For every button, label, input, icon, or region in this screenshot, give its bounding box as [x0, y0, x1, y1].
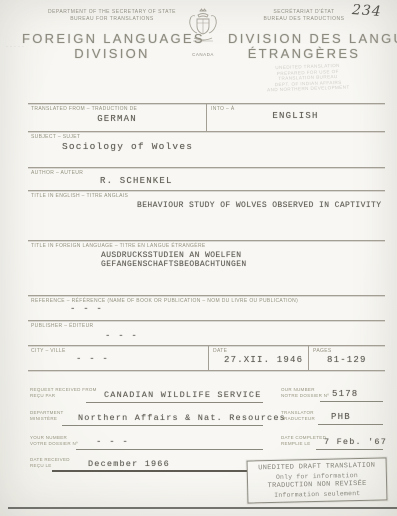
fill-line — [76, 449, 263, 450]
table-rule — [28, 240, 385, 241]
label-line: VOTRE DOSSIER Nº — [30, 441, 78, 447]
fill-line — [86, 402, 263, 403]
label-line: TRANSLATOR — [281, 410, 315, 416]
label-line: REÇU LE — [30, 463, 70, 469]
scan-smudge: ····· — [6, 44, 26, 50]
field-value-date-received: December 1966 — [88, 459, 170, 469]
field-label-title-foreign: TITLE IN FOREIGN LANGUAGE – TITRE EN LAN… — [31, 243, 206, 249]
label-your-number: YOUR NUMBER VOTRE DOSSIER Nº — [30, 435, 78, 446]
field-value-title-foreign-line1: AUSDRUCKSSTUDIEN AN WOELFEN — [101, 251, 241, 260]
label-date-completed: DATE COMPLETED REMPLIE LE — [281, 435, 326, 446]
label-line: REMPLIE LE — [281, 441, 326, 447]
handwritten-page-number: 234 — [351, 2, 382, 20]
label-line: NOTRE DOSSIER Nº — [281, 393, 329, 399]
division-title-fr-line2: ÉTRANGÈRES — [228, 46, 380, 61]
fill-line — [318, 424, 383, 425]
field-value-translated-from: GERMAN — [31, 114, 203, 124]
field-value-pages: 81-129 — [327, 355, 367, 365]
field-value-author: R. SCHENKEL — [100, 176, 173, 186]
table-rule — [28, 167, 385, 168]
canada-coat-of-arms-icon — [183, 7, 223, 47]
field-label-publisher: PUBLISHER – ÉDITEUR — [31, 323, 94, 329]
field-value-department: Northern Affairs & Nat. Resources — [78, 413, 286, 423]
field-value-our-number: 5178 — [332, 389, 358, 399]
division-title-en-line2: DIVISION — [22, 46, 202, 61]
field-label-subject: SUBJECT – SUJET — [31, 134, 80, 140]
header-left: DEPARTMENT OF THE SECRETARY OF STATE BUR… — [22, 9, 202, 61]
label-request-received-from: REQUEST RECEIVED FROM REÇU PAR — [30, 387, 97, 398]
header-emblem: CANADA — [180, 7, 226, 59]
field-label-city: CITY – VILLE — [31, 348, 66, 354]
field-value-into: ENGLISH — [208, 111, 383, 121]
table-rule — [28, 345, 385, 346]
field-value-subject: Sociology of Wolves — [62, 141, 193, 152]
label-our-number: OUR NUMBER NOTRE DOSSIER Nº — [281, 387, 329, 398]
table-rule — [308, 345, 309, 370]
label-line: MINISTÈRE — [30, 416, 64, 422]
label-line: REQUEST RECEIVED FROM — [30, 387, 97, 393]
field-label-date: DATE — [213, 348, 227, 354]
label-line: TRADUCTEUR — [281, 416, 315, 422]
table-rule — [28, 370, 385, 371]
field-value-translator: PHB — [331, 412, 351, 422]
label-line: REÇU PAR — [30, 393, 97, 399]
table-rule — [206, 103, 207, 131]
agency-name-en-line1: DEPARTMENT OF THE SECRETARY OF STATE — [22, 9, 202, 16]
fill-line — [62, 425, 263, 426]
fill-line — [320, 401, 383, 402]
label-line: DATE RECEIVED — [30, 457, 70, 463]
field-label-pages: PAGES — [313, 348, 332, 354]
division-title-fr-line1: DIVISION DES LANGUES — [228, 31, 380, 46]
label-date-received: DATE RECEIVED REÇU LE — [30, 457, 70, 468]
field-value-reference: - - - — [70, 304, 103, 314]
field-label-translated-from: TRANSLATED FROM – TRADUCTION DE — [31, 106, 137, 112]
label-line: DEPARTMENT — [30, 410, 64, 416]
scan-edge-line — [8, 507, 397, 509]
field-value-city: - - - — [76, 354, 109, 364]
field-value-date-completed: 7 Feb. '67 — [324, 437, 387, 447]
field-value-request-received-from: CANADIAN WILDLIFE SERVICE — [104, 390, 262, 400]
fill-line — [52, 470, 247, 472]
faint-receipt-stamp: UNEDITED TRANSLATION PREPARED FOR USE OF… — [240, 62, 377, 95]
field-value-date: 27.XII. 1946 — [224, 355, 303, 365]
field-label-author: AUTHOR – AUTEUR — [31, 170, 83, 176]
division-title-en-line1: FOREIGN LANGUAGES — [22, 31, 202, 46]
table-rule — [208, 345, 209, 370]
scanned-translation-form: DEPARTMENT OF THE SECRETARY OF STATE BUR… — [0, 0, 397, 516]
emblem-country-label: CANADA — [180, 52, 226, 59]
table-rule — [28, 131, 385, 132]
field-label-title-english: TITLE IN ENGLISH – TITRE ANGLAIS — [31, 193, 128, 199]
field-value-title-foreign-line2: GEFANGENSCHAFTSBEOBACHTUNGEN — [101, 260, 247, 269]
table-rule — [28, 295, 385, 296]
label-line: DATE COMPLETED — [281, 435, 326, 441]
unedited-draft-stamp: UNEDITED DRAFT TRANSLATION Only for info… — [247, 457, 388, 503]
field-value-title-english: BEHAVIOUR STUDY OF WOLVES OBSERVED IN CA… — [137, 201, 381, 210]
fill-line — [316, 449, 383, 450]
field-value-your-number: - - - — [96, 437, 129, 447]
label-department: DEPARTMENT MINISTÈRE — [30, 410, 64, 421]
table-rule — [28, 320, 385, 321]
label-translator: TRANSLATOR TRADUCTEUR — [281, 410, 315, 421]
field-value-publisher: - - - — [105, 331, 138, 341]
agency-name-en-line2: BUREAU FOR TRANSLATIONS — [22, 16, 202, 23]
table-rule — [28, 190, 385, 191]
